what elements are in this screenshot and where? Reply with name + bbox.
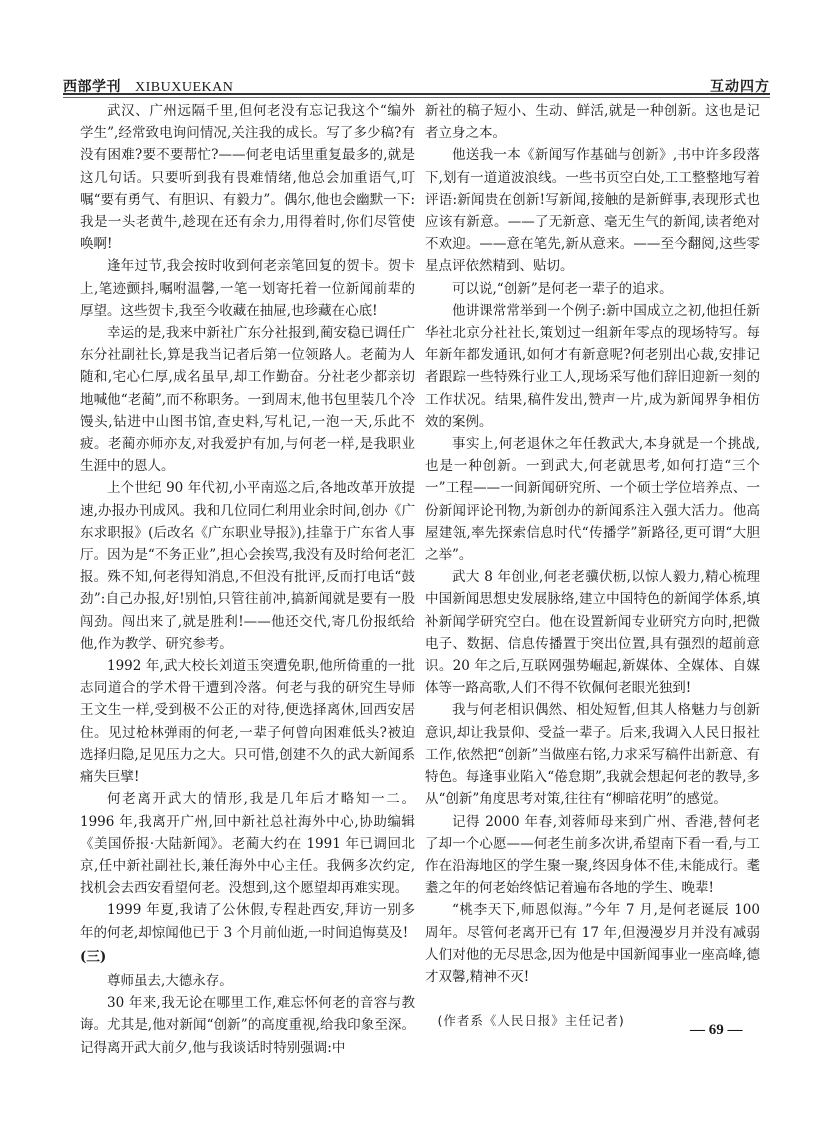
right-column: 新社的稿子短小、生动、鲜活,就是一种创新。这也是记者立身之本。 他送我一本《新闻… — [425, 100, 760, 1032]
left-column: 武汉、广州远隔千里,但何老没有忘记我这个“编外学生”,经常致电询问情况,关注我的… — [80, 100, 415, 1059]
paragraph: 可以说,“创新”是何老一辈子的追求。 — [425, 278, 760, 300]
paragraph: 上个世纪 90 年代初,小平南巡之后,各地改革开放提速,办报办刊成风。我和几位同… — [80, 477, 415, 655]
paragraph: 记得 2000 年春,刘蓉师母来到广州、香港,替何老了却一个心愿——何老生前多次… — [425, 811, 760, 900]
page-number: — 69 — — [690, 1022, 743, 1039]
paragraph: 武汉、广州远隔千里,但何老没有忘记我这个“编外学生”,经常致电询问情况,关注我的… — [80, 100, 415, 255]
paragraph: 他讲课常常举到一个例子:新中国成立之初,他担任新华社北京分社社长,策划过一组新年… — [425, 300, 760, 433]
paragraph: 事实上,何老退休之年任教武大,本身就是一个挑战,也是一种创新。一到武大,何老就思… — [425, 433, 760, 566]
section-heading: (三) — [80, 946, 415, 968]
paragraph: 尊师虽去,大德永存。 — [80, 970, 415, 992]
paragraph: 新社的稿子短小、生动、鲜活,就是一种创新。这也是记者立身之本。 — [425, 100, 760, 144]
paragraph: 武大 8 年创业,何老老骥伏枥,以惊人毅力,精心梳理中国新闻思想史发展脉络,建立… — [425, 566, 760, 699]
paragraph: “桃李天下,师恩似海。”今年 7 月,是何老诞辰 100 周年。尽管何老离开已有… — [425, 899, 760, 988]
paragraph: 逢年过节,我会按时收到何老亲笔回复的贺卡。贺卡上,笔迹颤抖,嘱咐温馨,一笔一划寄… — [80, 255, 415, 322]
paragraph: 1999 年夏,我请了公休假,专程赴西安,拜访一别多年的何老,却惊闻他已于 3 … — [80, 899, 415, 943]
header-rule-thin — [63, 97, 770, 98]
paragraph: 我与何老相识偶然、相处短暂,但其人格魅力与创新意识,却让我景仰、受益一辈子。后来… — [425, 699, 760, 810]
header-rule-thick — [63, 93, 770, 95]
paragraph: 他送我一本《新闻写作基础与创新》,书中许多段落下,划有一道道波浪线。一些书页空白… — [425, 144, 760, 277]
paragraph: 幸运的是,我来中新社广东分社报到,蔺安稳已调任广东分社副社长,算是我当记者后第一… — [80, 322, 415, 477]
paragraph: 1992 年,武大校长刘道玉突遭免职,他所倚重的一批志同道合的学术骨干遭到冷落。… — [80, 655, 415, 788]
paragraph: 30 年来,我无论在哪里工作,难忘怀何老的音容与教诲。尤其是,他对新闻“创新”的… — [80, 992, 415, 1059]
paragraph: 何老离开武大的情形,我是几年后才略知一二。1996 年,我离开广州,回中新社总社… — [80, 788, 415, 899]
